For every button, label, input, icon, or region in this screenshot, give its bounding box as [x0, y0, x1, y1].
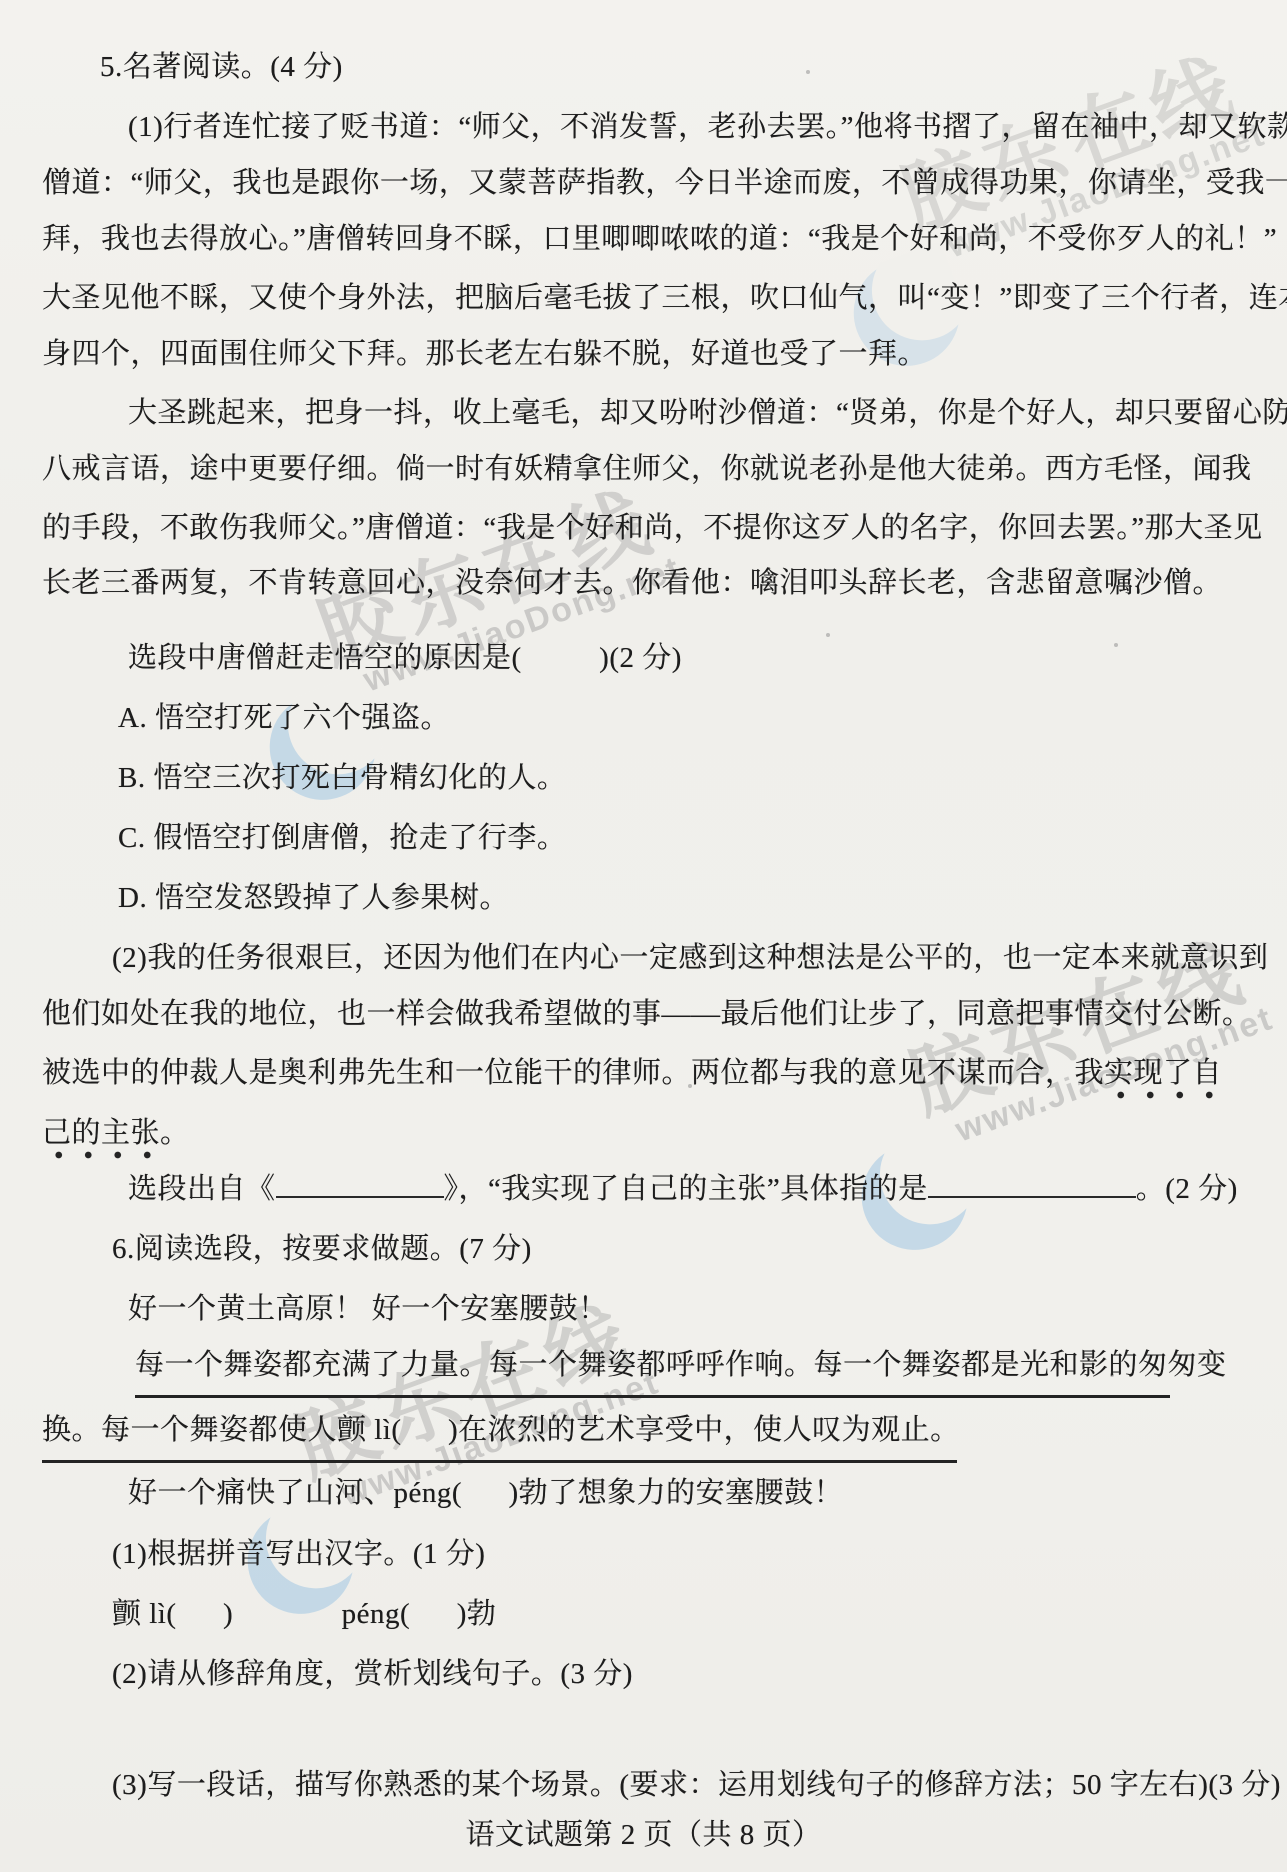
exam-page: 胶东在线 www.JiaoDong.net 胶东在线 www.JiaoDong.…: [0, 0, 1287, 1872]
emphasized-text: 实现了自: [1104, 1057, 1222, 1100]
q5-option-c: C. 假悟空打倒唐僧，抢走了行李。: [118, 821, 566, 855]
q6-sub2: (2)请从修辞角度，赏析划线句子。(3 分): [112, 1657, 633, 1691]
passage-text: 。: [160, 1117, 190, 1149]
q5-title: 5.名著阅读。(4 分): [100, 50, 343, 84]
q6-underlined-sentence: 每一个舞姿都充满了力量。每一个舞姿都呼呼作响。每一个舞姿都是光和影的匆匆变: [135, 1348, 1170, 1398]
q6-sub3: (3)写一段话，描写你熟悉的某个场景。(要求：运用划线句子的修辞方法；50 字左…: [112, 1768, 1281, 1802]
q5-option-b: B. 悟空三次打死白骨精幻化的人。: [118, 761, 566, 795]
scan-speck: [1114, 643, 1118, 647]
q5-passage1-line: 的手段，不敢伤我师父。”唐僧道：“我是个好和尚，不提你这歹人的名字，你回去罢。”…: [42, 511, 1263, 545]
jiaodong-logo-icon: [251, 675, 395, 819]
q6-title: 6.阅读选段，按要求做题。(7 分): [112, 1232, 532, 1266]
q5-passage2-line: 被选中的仲裁人是奥利弗先生和一位能干的律师。两位都与我的意见不谋而合，我实现了自: [42, 1056, 1222, 1090]
q5-mc-question: 选段中唐僧赶走悟空的原因是( )(2 分): [128, 641, 682, 675]
q5-passage1-line: 八戒言语，途中更要仔细。倘一时有妖精拿住师父，你就说老孙是他大徒弟。西方毛怪，闻…: [42, 452, 1252, 486]
answer-blank: [276, 1190, 444, 1198]
page-footer: 语文试题第 2 页（共 8 页）: [0, 1818, 1287, 1852]
q6-underlined-sentence: 换。每一个舞姿都使人颤 lì( )在浓烈的艺术享受中，使人叹为观止。: [42, 1413, 957, 1463]
fill-post: 。(2 分): [1136, 1173, 1238, 1205]
q5-passage1-line: 大圣见他不睬，又使个身外法，把脑后毫毛拔了三根，吹口仙气，叫“变！”即变了三个行…: [42, 281, 1287, 315]
q5-passage1-line: 身四个，四面围住师父下拜。那长老左右躲不脱，好道也受了一拜。: [42, 337, 927, 371]
q5-passage1-line: 大圣跳起来，把身一抖，收上毫毛，却又吩咐沙僧道：“贤弟，你是个好人，却只要留心防…: [128, 396, 1287, 430]
q6-sub1: (1)根据拼音写出汉字。(1 分): [112, 1537, 485, 1571]
fill-mid: 》，“我实现了自己的主张”具体指的是: [444, 1173, 928, 1205]
scan-speck: [826, 633, 830, 637]
q6-pinyin-line: 颤 lì( ) péng( )勃: [112, 1597, 496, 1631]
q5-passage1-line: (1)行者连忙接了贬书道：“师父，不消发誓，老孙去罢。”他将书摺了，留在袖中，却…: [128, 110, 1287, 144]
q5-passage1-line: 长老三番两复，不肯转意回心，没奈何才去。你看他：噙泪叩头辞长老，含悲留意嘱沙僧。: [42, 566, 1222, 600]
q6-intro-line: 好一个黄土高原！ 好一个安塞腰鼓！: [128, 1292, 608, 1326]
emphasized-text: 己的主张: [42, 1117, 160, 1160]
q5-passage1-line: 拜，我也去得放心。”唐僧转回身不睬，口里唧唧哝哝的道：“我是个好和尚，不受你歹人…: [42, 222, 1277, 256]
q5-passage1-line: 僧道：“师父，我也是跟你一场，又蒙菩萨指教，今日半途而废，不曾成得功果，你请坐，…: [42, 166, 1287, 200]
passage-text: 被选中的仲裁人是奥利弗先生和一位能干的律师。两位都与我的意见不谋而合，我: [42, 1057, 1104, 1089]
q5-passage2-line: 他们如处在我的地位，也一样会做我希望做的事——最后他们让步了，同意把事情交付公断…: [42, 997, 1252, 1031]
q5-passage2-line: 己的主张。: [42, 1116, 190, 1150]
fill-pre: 选段出自《: [128, 1173, 276, 1205]
q6-passage-line: 好一个痛快了山河、péng( )勃了想象力的安塞腰鼓！: [128, 1476, 843, 1510]
q5-passage2-line: (2)我的任务很艰巨，还因为他们在内心一定感到这种想法是公平的，也一定本来就意识…: [112, 941, 1268, 975]
answer-blank: [928, 1190, 1136, 1198]
scan-speck: [806, 70, 810, 74]
q5-option-d: D. 悟空发怒毁掉了人参果树。: [118, 881, 509, 915]
q5-fill-in-line: 选段出自《》，“我实现了自己的主张”具体指的是。(2 分): [128, 1172, 1238, 1206]
q5-option-a: A. 悟空打死了六个强盗。: [118, 701, 450, 735]
